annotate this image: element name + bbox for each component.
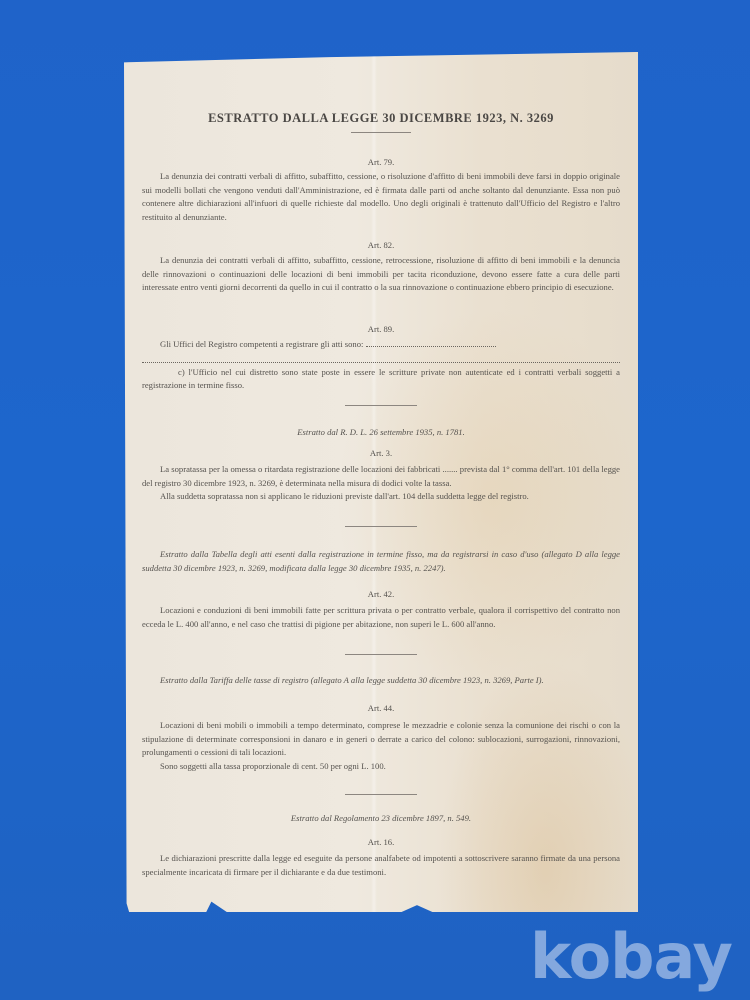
source-citation: Estratto dal R. D. L. 26 settembre 1935,…: [142, 426, 620, 440]
article-paragraph: c) l'Ufficio nel cui distretto sono stat…: [142, 366, 620, 393]
source-citation-text: Estratto dalla Tariffa delle tasse di re…: [142, 674, 620, 688]
article-paragraph: Sono soggetti alla tassa proporzionale d…: [142, 760, 620, 774]
article-body: Locazioni e conduzioni di beni immobili …: [142, 604, 620, 631]
article-heading: Art. 42.: [142, 588, 620, 602]
article-paragraph: Alla suddetta sopratassa non si applican…: [142, 490, 620, 504]
section-divider: [345, 654, 417, 655]
article-body: La sopratassa per la omessa o ritardata …: [142, 463, 620, 504]
article-heading: Art. 79.: [142, 156, 620, 170]
section-divider: [345, 794, 417, 795]
source-citation: Estratto dalla Tabella degli atti esenti…: [142, 548, 620, 575]
article-body: Le dichiarazioni prescritte dalla legge …: [142, 852, 620, 879]
article-paragraph: La denunzia dei contratti verbali di aff…: [142, 254, 620, 295]
article-heading: Art. 89.: [142, 323, 620, 337]
watermark-logo: kobay: [530, 920, 732, 993]
article-paragraph: La denunzia dei contratti verbali di aff…: [142, 170, 620, 224]
source-citation-text: Estratto dalla Tabella degli atti esenti…: [142, 548, 620, 575]
article-body: La denunzia dei contratti verbali di aff…: [142, 170, 620, 224]
article-body: La denunzia dei contratti verbali di aff…: [142, 254, 620, 295]
article-paragraph: La sopratassa per la omessa o ritardata …: [142, 463, 620, 490]
article-paragraph: Locazioni e conduzioni di beni immobili …: [142, 604, 620, 631]
article-body: Gli Uffici del Registro competenti a reg…: [142, 338, 620, 393]
article-paragraph: Locazioni di beni mobili o immobili a te…: [142, 719, 620, 760]
section-divider: [345, 526, 417, 527]
article-body: Locazioni di beni mobili o immobili a te…: [142, 719, 620, 773]
article-heading: Art. 82.: [142, 239, 620, 253]
document-title: ESTRATTO DALLA LEGGE 30 DICEMBRE 1923, N…: [142, 112, 620, 126]
article-heading: Art. 44.: [142, 702, 620, 716]
section-divider: [345, 405, 417, 406]
title-divider: [351, 132, 411, 133]
article-intro: Gli Uffici del Registro competenti a reg…: [142, 338, 620, 352]
source-citation: Estratto dal Regolamento 23 dicembre 189…: [142, 812, 620, 826]
document-sheet: ESTRATTO DALLA LEGGE 30 DICEMBRE 1923, N…: [124, 52, 638, 912]
article-heading: Art. 16.: [142, 836, 620, 850]
blank-fill-line: [142, 352, 620, 363]
blank-fill-line: [366, 346, 496, 347]
article-paragraph: Le dichiarazioni prescritte dalla legge …: [142, 852, 620, 879]
source-citation: Estratto dalla Tariffa delle tasse di re…: [142, 674, 620, 688]
article-intro-text: Gli Uffici del Registro competenti a reg…: [160, 339, 363, 349]
article-heading: Art. 3.: [142, 447, 620, 461]
